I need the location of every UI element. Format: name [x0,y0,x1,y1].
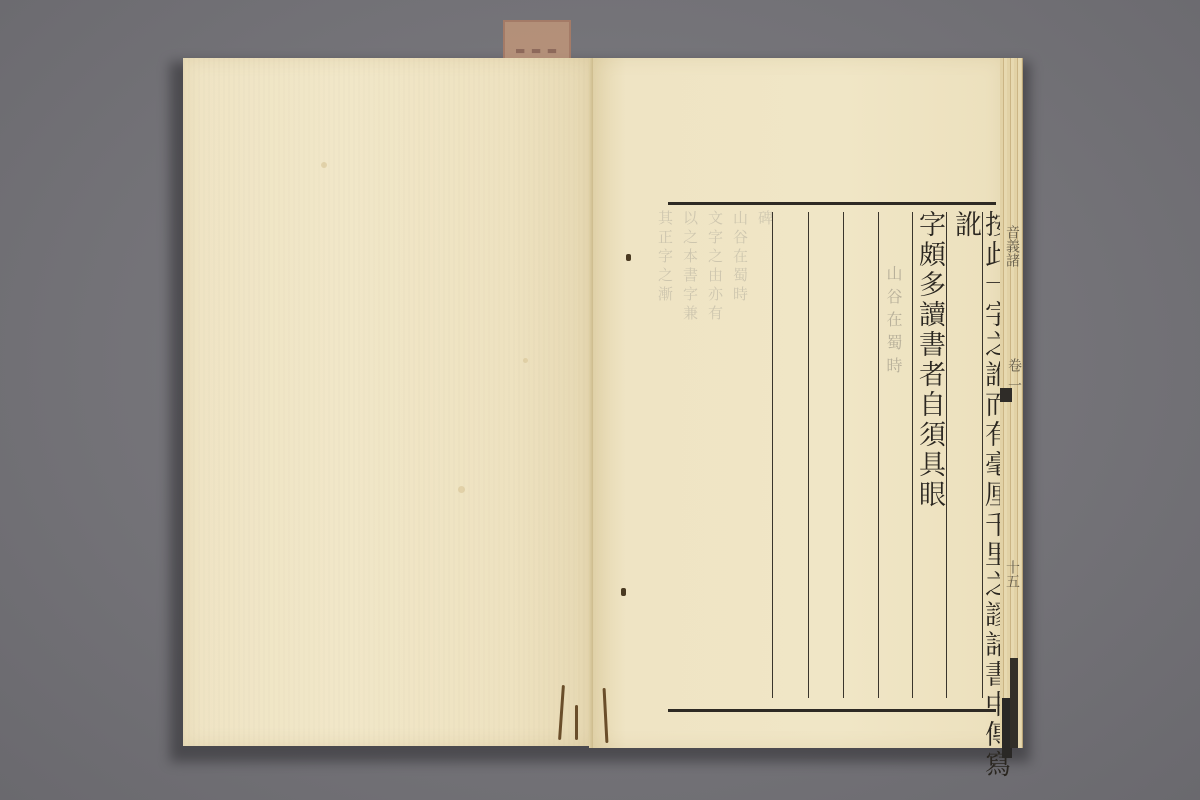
seal-mark: ▬ ▬ ▬ [515,44,558,57]
paper-spot [523,358,528,363]
fish-tail-mark [1010,658,1018,748]
column-rule [912,212,913,698]
column-rule [843,212,844,698]
edge-volume-number: 一 [1004,378,1024,392]
worm-hole [621,588,626,596]
column-rule [946,212,947,698]
left-page-blank [183,58,593,746]
column-rule [772,212,773,698]
stacked-page-edges [1000,58,1023,748]
faint-column: 山谷在蜀時 [882,265,905,380]
edge-title: 音義諸 [1002,225,1022,267]
column-rule [878,212,879,698]
paper-tear [575,705,578,740]
edge-volume-marker: 卷 [1004,358,1024,372]
paper-spot [458,486,465,493]
paper-spot [321,162,327,168]
column-rule [808,212,809,698]
main-text-column-2: 字頗多讀書者自須具眼 [914,210,944,510]
worm-hole [626,254,631,261]
edge-page-number: 十五 [1002,560,1022,588]
